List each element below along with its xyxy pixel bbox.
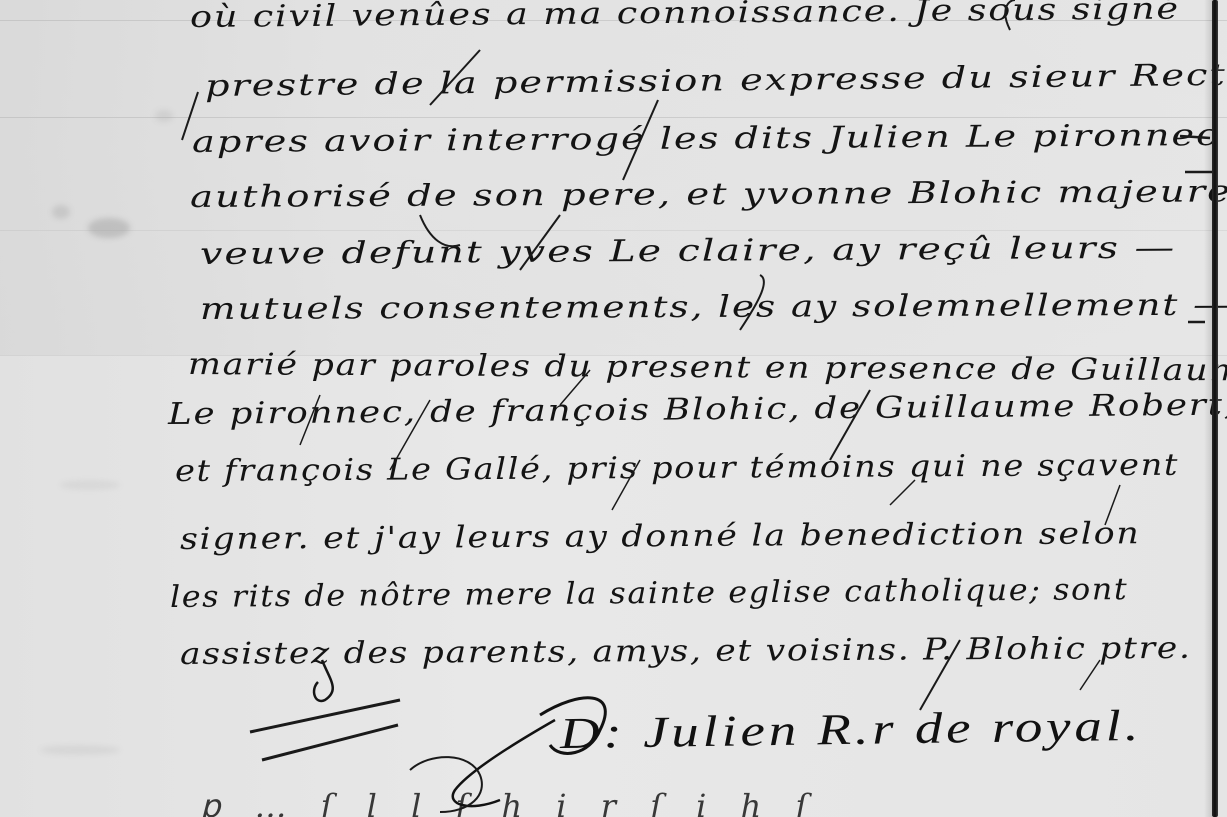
cut-off-next-line: ꝑ … ſ l l ſ h i r ſ i h ſ [200,790,819,817]
ink-stain [155,110,173,122]
ink-stain [52,205,70,219]
manuscript-line-4: authorisé de son pere, et yvonne Blohic … [190,177,1227,213]
manuscript-line-7: marié par paroles du present en presence… [188,350,1227,386]
manuscript-line-10: signer. et j'ay leurs ay donné la benedi… [180,519,1141,555]
manuscript-line-11: les rits de nôtre mere la sainte eglise … [170,575,1129,613]
manuscript-line-5: veuve defunt yves Le claire, ay reçû leu… [200,234,1176,270]
right-margin-rule [1212,0,1218,817]
manuscript-line-9: et françois Le Gallé, pris pour témoins … [175,451,1179,487]
ink-stain [60,480,120,490]
manuscript-line-3: apres avoir interrogé les dits Julien Le… [192,121,1227,158]
binding-shadow [1204,0,1212,817]
manuscript-page: où civil venûes a ma connoissance. Je so… [0,0,1227,817]
ink-stain [88,218,130,238]
priest-signature: D: Julien R.r de royal. [560,704,1143,756]
ink-stain [40,745,120,755]
manuscript-line-8: Le pironnec, de françois Blohic, de Guil… [168,391,1227,430]
manuscript-line-12: assistez des parents, amys, et voisins. … [180,634,1192,670]
manuscript-line-6: mutuels consentements, les ay solemnelle… [200,291,1227,325]
faint-ruling [0,117,1227,118]
